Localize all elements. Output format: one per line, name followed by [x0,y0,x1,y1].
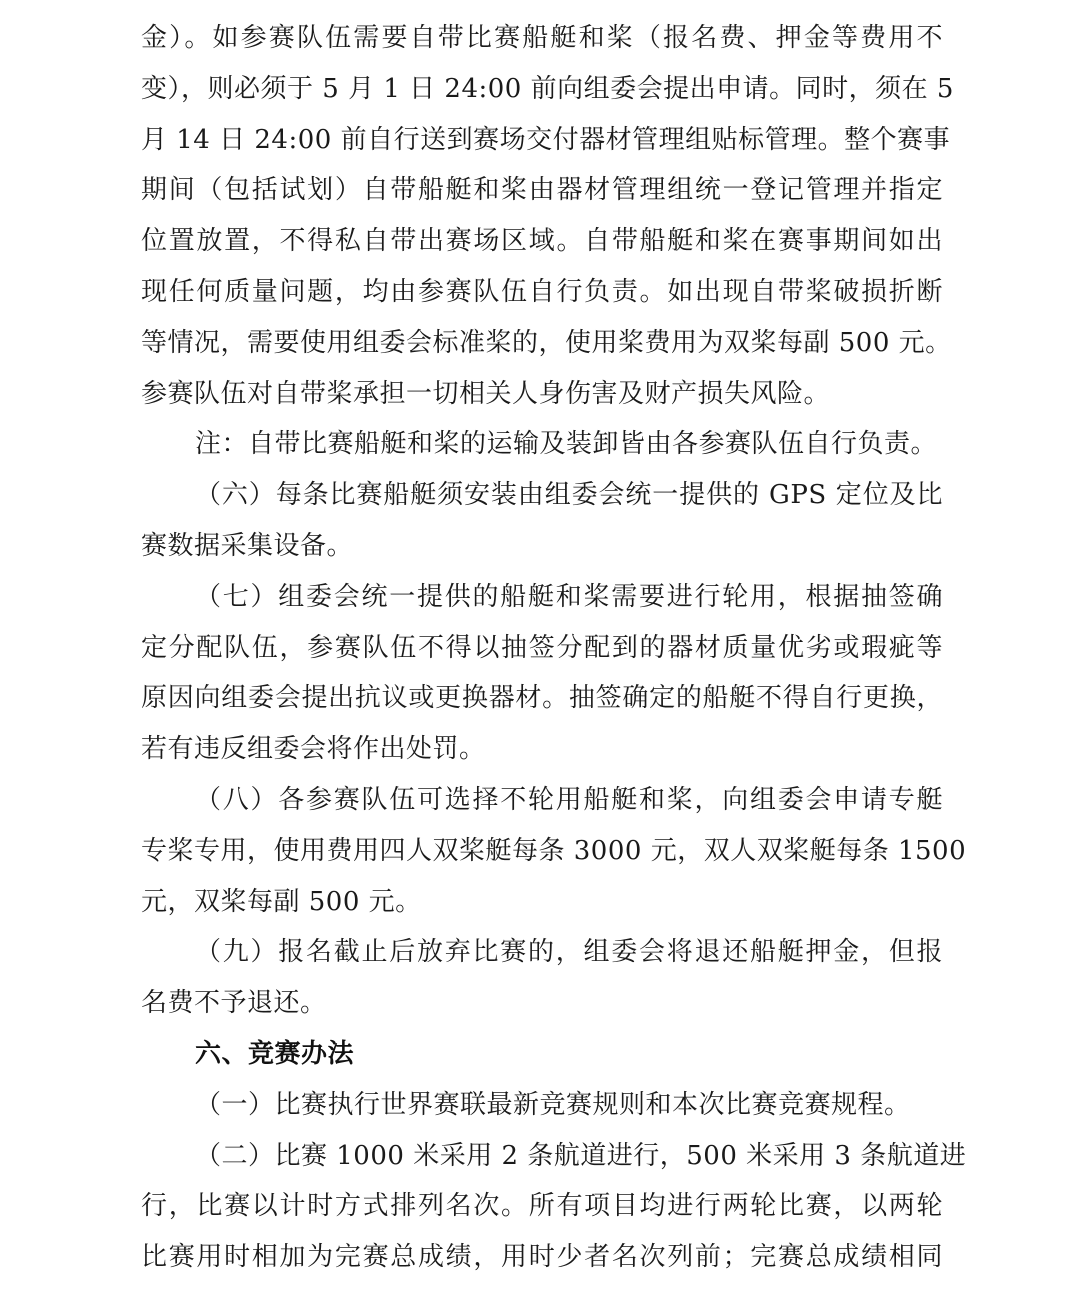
text-line: 现任何质量问题，均由参赛队伍自行负责。如出现自带桨破损折断 [141,267,943,318]
paragraph-item-9: （九）报名截止后放弃比赛的，组委会将退还船艇押金，但报 名费不予退还。 [141,927,943,1029]
text-line: 专桨专用，使用费用四人双桨艇每条 3000 元，双人双桨艇每条 1500 [141,826,943,877]
paragraph-section6-item-1: （一）比赛执行世界赛联最新竞赛规则和本次比赛竞赛规程。 [141,1080,943,1131]
text-line: 比赛用时相加为完赛总成绩，用时少者名次列前；完赛总成绩相同 [141,1232,943,1283]
text-line: （一）比赛执行世界赛联最新竞赛规则和本次比赛竞赛规程。 [141,1080,943,1131]
text-line: 若有违反组委会将作出处罚。 [141,724,943,775]
text-line: 参赛队伍对自带桨承担一切相关人身伤害及财产损失风险。 [141,369,943,420]
text-line: （六）每条比赛船艇须安装由组委会统一提供的 GPS 定位及比 [141,470,943,521]
text-line: 注：自带比赛船艇和桨的运输及装卸皆由各参赛队伍自行负责。 [141,419,943,470]
paragraph-section6-item-2: （二）比赛 1000 米采用 2 条航道进行，500 米采用 3 条航道进 行，… [141,1131,943,1283]
paragraph-item-8: （八）各参赛队伍可选择不轮用船艇和桨，向组委会申请专艇 专桨专用，使用费用四人双… [141,775,943,927]
text-line: 位置放置，不得私自带出赛场区域。自带船艇和桨在赛事期间如出 [141,216,943,267]
text-line: （二）比赛 1000 米采用 2 条航道进行，500 米采用 3 条航道进 [141,1131,943,1182]
section-heading: 六、竞赛办法 [141,1029,943,1080]
text-line: 变），则必须于 5 月 1 日 24:00 前向组委会提出申请。同时，须在 5 [141,64,943,115]
paragraph-continued: 金）。如参赛队伍需要自带比赛船艇和桨（报名费、押金等费用不 变），则必须于 5 … [141,13,943,419]
text-line: 赛数据采集设备。 [141,521,943,572]
text-line: （八）各参赛队伍可选择不轮用船艇和桨，向组委会申请专艇 [141,775,943,826]
text-line: 金）。如参赛队伍需要自带比赛船艇和桨（报名费、押金等费用不 [141,13,943,64]
text-line: （七）组委会统一提供的船艇和桨需要进行轮用，根据抽签确 [141,572,943,623]
text-line: 定分配队伍，参赛队伍不得以抽签分配到的器材质量优劣或瑕疵等 [141,623,943,674]
text-line: 月 14 日 24:00 前自行送到赛场交付器材管理组贴标管理。整个赛事 [141,115,943,166]
text-line: （九）报名截止后放弃比赛的，组委会将退还船艇押金，但报 [141,927,943,978]
text-line: 元，双桨每副 500 元。 [141,877,943,928]
document-page: 金）。如参赛队伍需要自带比赛船艇和桨（报名费、押金等费用不 变），则必须于 5 … [141,13,943,1283]
paragraph-note: 注：自带比赛船艇和桨的运输及装卸皆由各参赛队伍自行负责。 [141,419,943,470]
paragraph-item-6: （六）每条比赛船艇须安装由组委会统一提供的 GPS 定位及比 赛数据采集设备。 [141,470,943,572]
text-line: 等情况，需要使用组委会标准桨的，使用桨费用为双桨每副 500 元。 [141,318,943,369]
text-line: 行，比赛以计时方式排列名次。所有项目均进行两轮比赛，以两轮 [141,1181,943,1232]
text-line: 原因向组委会提出抗议或更换器材。抽签确定的船艇不得自行更换， [141,673,943,724]
text-line: 名费不予退还。 [141,978,943,1029]
paragraph-item-7: （七）组委会统一提供的船艇和桨需要进行轮用，根据抽签确 定分配队伍，参赛队伍不得… [141,572,943,775]
text-line: 期间（包括试划）自带船艇和桨由器材管理组统一登记管理并指定 [141,165,943,216]
